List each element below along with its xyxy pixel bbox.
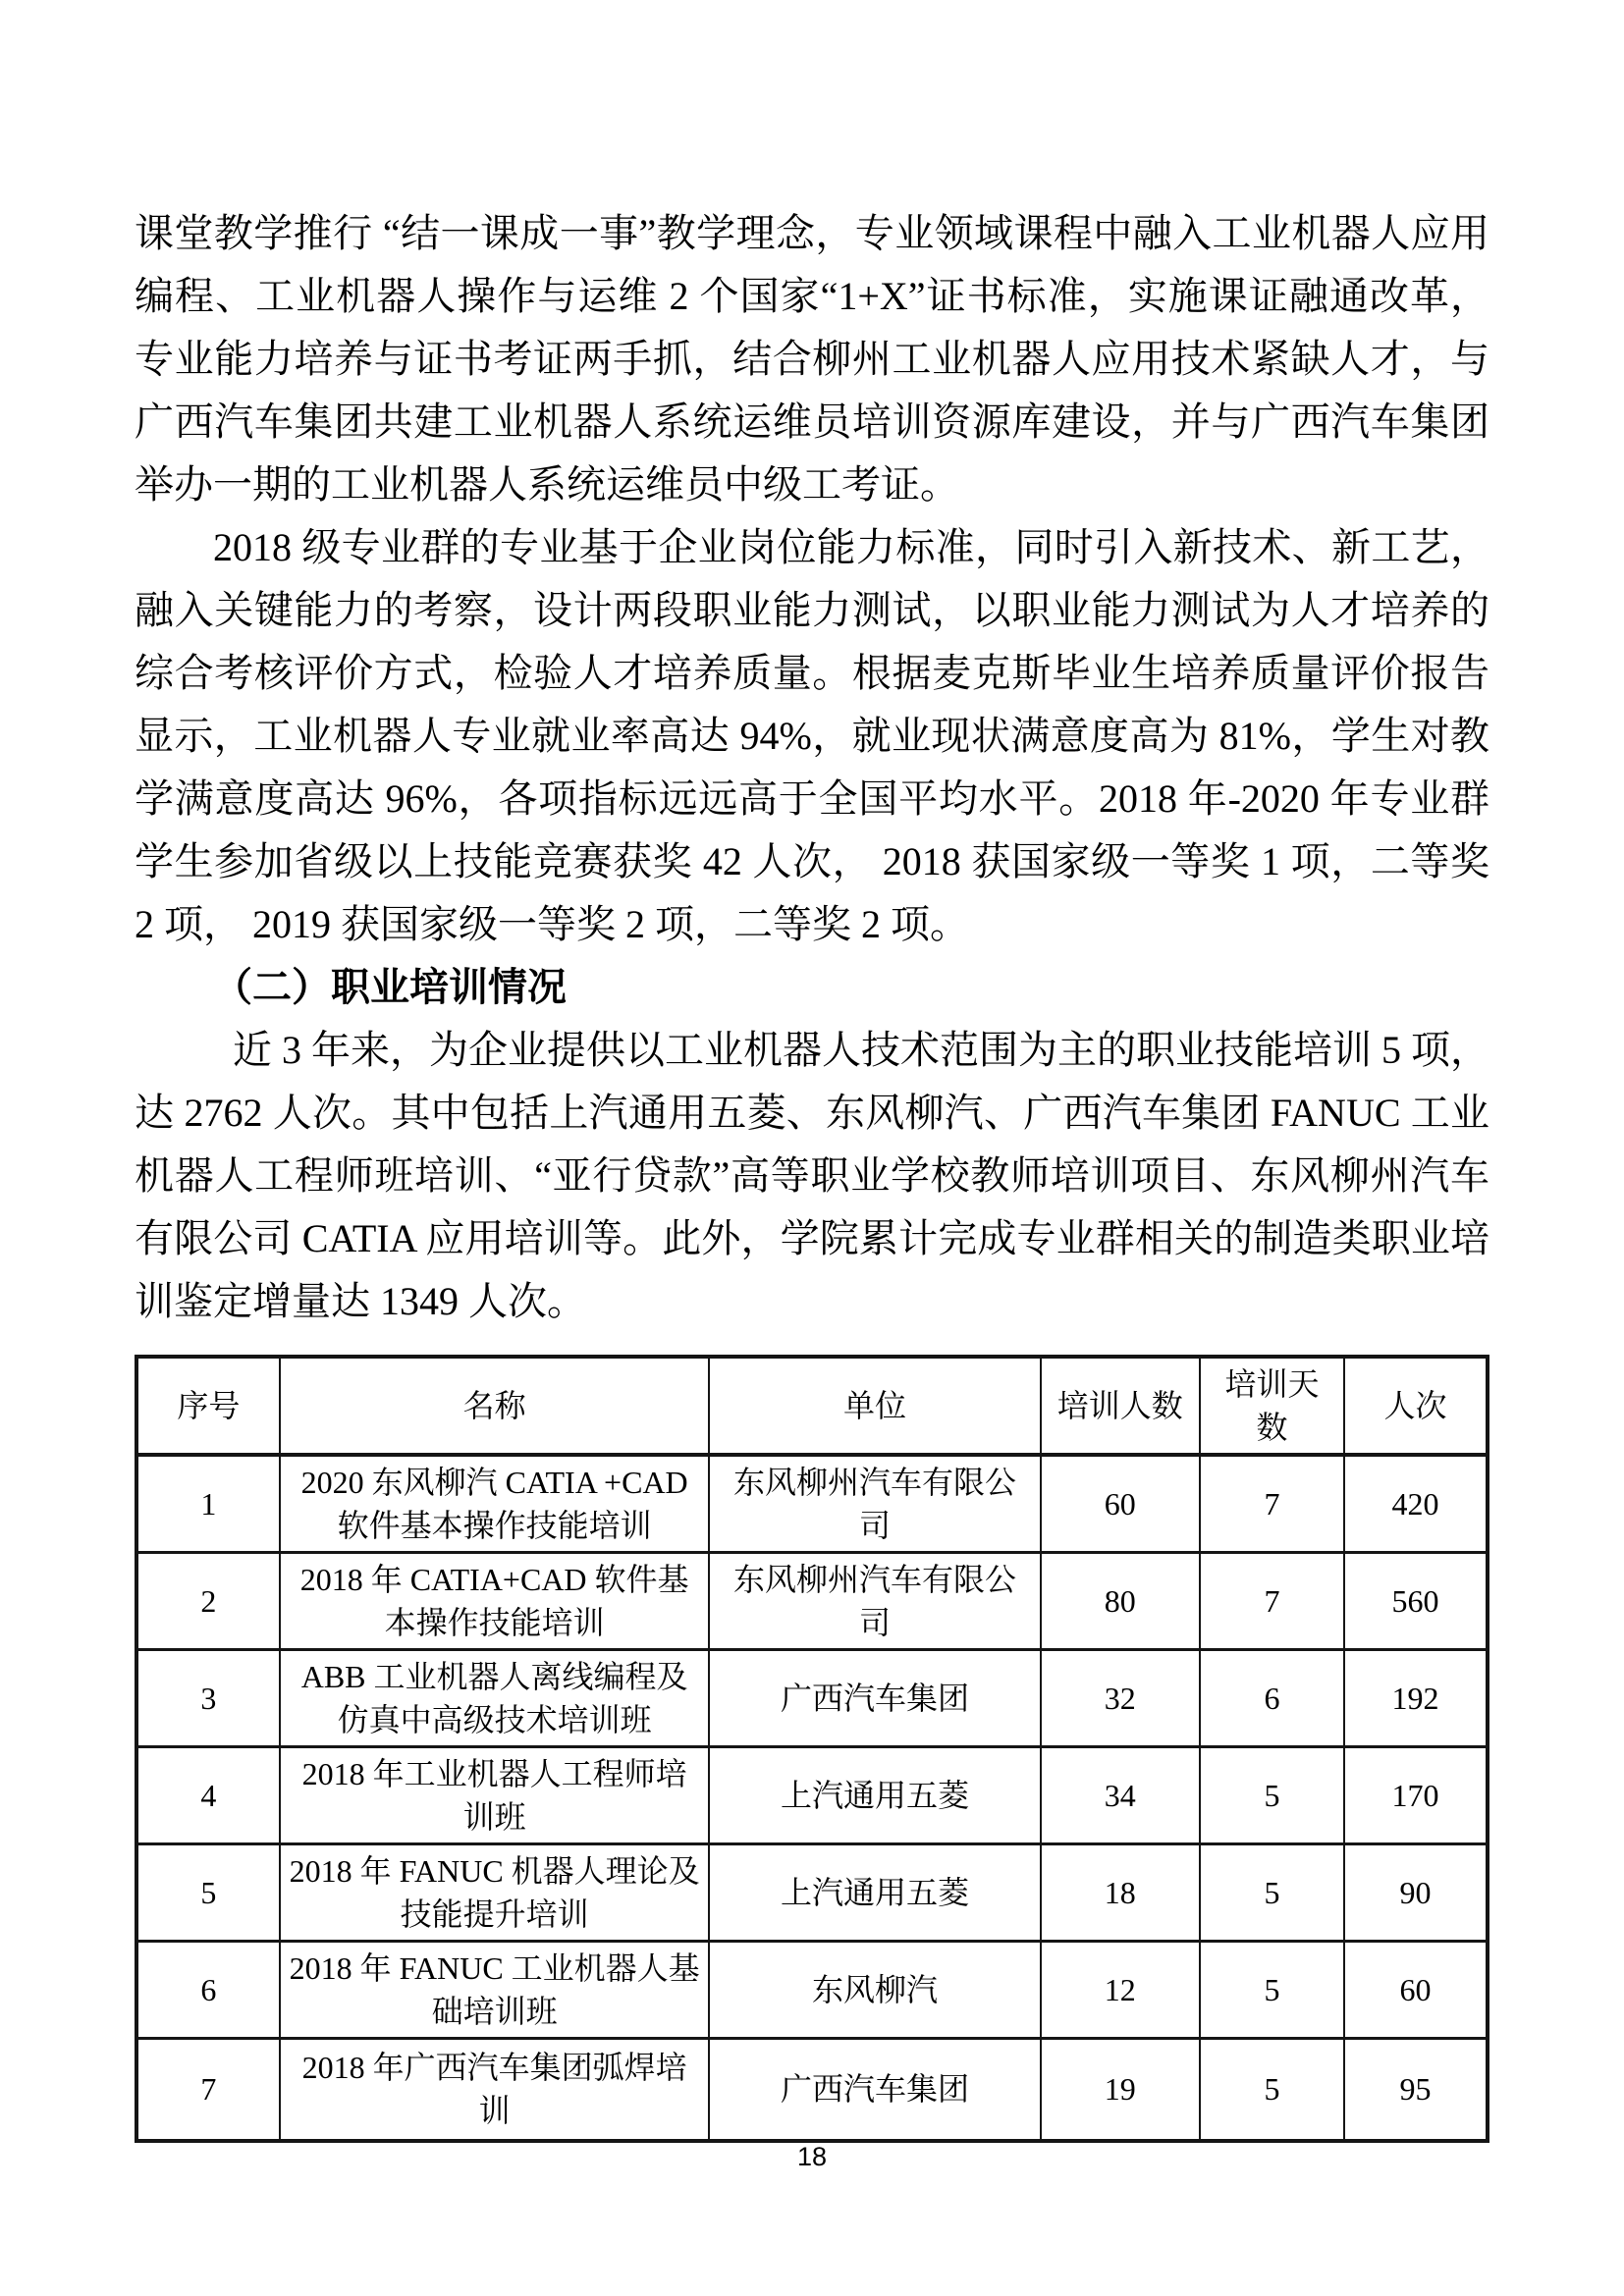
table-cell: 2018 年 FANUC 工业机器人基础培训班 (280, 1942, 710, 2039)
table-cell: 5 (1200, 1747, 1344, 1844)
table-row: 3 ABB 工业机器人离线编程及仿真中高级技术培训班 广西汽车集团 32 6 1… (136, 1650, 1488, 1747)
table-cell: 3 (136, 1650, 280, 1747)
table-cell: 东风柳汽 (709, 1942, 1040, 2039)
table-header-cell: 人次 (1344, 1357, 1488, 1455)
table-cell: 东风柳州汽车有限公司 (709, 1553, 1040, 1650)
table-header-cell: 培训天数 (1200, 1357, 1344, 1455)
table-row: 2 2018 年 CATIA+CAD 软件基本操作技能培训 东风柳州汽车有限公司… (136, 1553, 1488, 1650)
body-paragraph-2: 2018 级专业群的专业基于企业岗位能力标准，同时引入新技术、新工艺，融入关键能… (135, 516, 1489, 956)
table-cell: 90 (1344, 1844, 1488, 1942)
table-cell: 2 (136, 1553, 280, 1650)
table-cell: 19 (1041, 2039, 1200, 2141)
table-row: 7 2018 年广西汽车集团弧焊培训 广西汽车集团 19 5 95 (136, 2039, 1488, 2141)
table-cell: 6 (136, 1942, 280, 2039)
table-cell: 192 (1344, 1650, 1488, 1747)
table-row: 6 2018 年 FANUC 工业机器人基础培训班 东风柳汽 12 5 60 (136, 1942, 1488, 2039)
table-header-cell: 名称 (280, 1357, 710, 1455)
table-cell: 170 (1344, 1747, 1488, 1844)
table-cell: 2018 年 CATIA+CAD 软件基本操作技能培训 (280, 1553, 710, 1650)
table-cell: 上汽通用五菱 (709, 1747, 1040, 1844)
table-cell: 7 (136, 2039, 280, 2141)
training-table: 序号 名称 单位 培训人数 培训天数 人次 1 2020 东风柳汽 CATIA … (135, 1355, 1489, 2143)
table-cell: 4 (136, 1747, 280, 1844)
table-cell: 6 (1200, 1650, 1344, 1747)
body-paragraph-1: 课堂教学推行 “结一课成一事”教学理念，专业领域课程中融入工业机器人应用编程、工… (135, 202, 1489, 516)
table-cell: 2018 年工业机器人工程师培训班 (280, 1747, 710, 1844)
table-cell: 34 (1041, 1747, 1200, 1844)
table-cell: 5 (136, 1844, 280, 1942)
table-cell: 2020 东风柳汽 CATIA +CAD 软件基本操作技能培训 (280, 1455, 710, 1553)
table-cell: 2018 年广西汽车集团弧焊培训 (280, 2039, 710, 2141)
table-header-cell: 单位 (709, 1357, 1040, 1455)
table-cell: 广西汽车集团 (709, 2039, 1040, 2141)
table-header-cell: 序号 (136, 1357, 280, 1455)
table-cell: 420 (1344, 1455, 1488, 1553)
table-row: 1 2020 东风柳汽 CATIA +CAD 软件基本操作技能培训 东风柳州汽车… (136, 1455, 1488, 1553)
table-cell: 32 (1041, 1650, 1200, 1747)
table-cell: 560 (1344, 1553, 1488, 1650)
table-cell: 5 (1200, 1942, 1344, 2039)
table-cell: 12 (1041, 1942, 1200, 2039)
table-header-cell: 培训人数 (1041, 1357, 1200, 1455)
table-row: 4 2018 年工业机器人工程师培训班 上汽通用五菱 34 5 170 (136, 1747, 1488, 1844)
table-cell: 7 (1200, 1455, 1344, 1553)
table-cell: 5 (1200, 1844, 1344, 1942)
table-cell: 1 (136, 1455, 280, 1553)
table-cell: 上汽通用五菱 (709, 1844, 1040, 1942)
table-cell: 95 (1344, 2039, 1488, 2141)
table-cell: ABB 工业机器人离线编程及仿真中高级技术培训班 (280, 1650, 710, 1747)
table-row: 5 2018 年 FANUC 机器人理论及技能提升培训 上汽通用五菱 18 5 … (136, 1844, 1488, 1942)
section-heading: （二）职业培训情况 (135, 956, 1489, 1019)
table-cell: 5 (1200, 2039, 1344, 2141)
table-header-row: 序号 名称 单位 培训人数 培训天数 人次 (136, 1357, 1488, 1455)
body-paragraph-3: 近 3 年来，为企业提供以工业机器人技术范围为主的职业技能培训 5 项，达 27… (135, 1019, 1489, 1333)
table-cell: 80 (1041, 1553, 1200, 1650)
document-page: 课堂教学推行 “结一课成一事”教学理念，专业领域课程中融入工业机器人应用编程、工… (0, 0, 1624, 2296)
page-content: 课堂教学推行 “结一课成一事”教学理念，专业领域课程中融入工业机器人应用编程、工… (135, 202, 1489, 2143)
table-cell: 60 (1344, 1942, 1488, 2039)
table-cell: 广西汽车集团 (709, 1650, 1040, 1747)
table-cell: 东风柳州汽车有限公司 (709, 1455, 1040, 1553)
table-cell: 60 (1041, 1455, 1200, 1553)
table-cell: 2018 年 FANUC 机器人理论及技能提升培训 (280, 1844, 710, 1942)
table-cell: 18 (1041, 1844, 1200, 1942)
page-number: 18 (0, 2142, 1624, 2172)
table-cell: 7 (1200, 1553, 1344, 1650)
